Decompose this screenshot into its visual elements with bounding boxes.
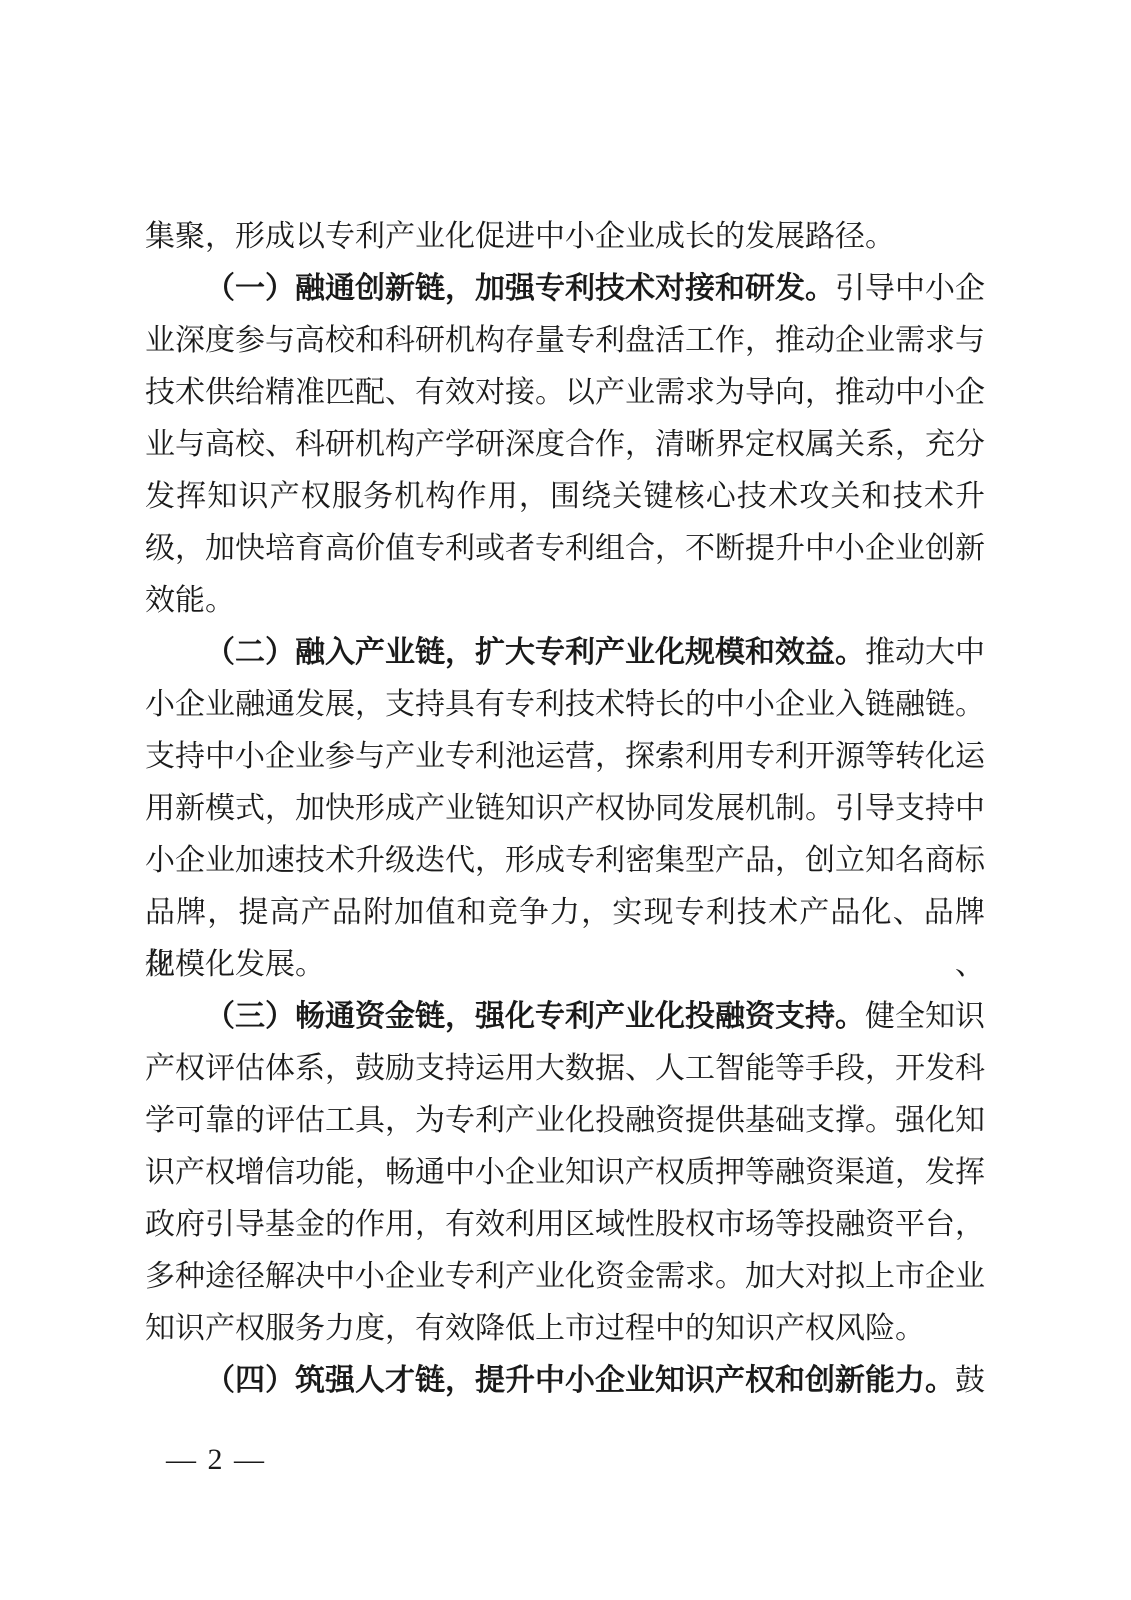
- text-line: 小企业融通发展，支持具有专利技术特长的中小企业入链融链。: [145, 679, 985, 731]
- text-line: 效能。: [145, 575, 985, 627]
- text-line: 业与高校、科研机构产学研深度合作，清晰界定权属关系，充分: [145, 419, 985, 471]
- body-segment: 引导中小企: [835, 272, 985, 305]
- body-segment: 支持中小企业参与产业专利池运营，探索利用专利开源等转化运: [145, 740, 985, 773]
- document-page: 集聚，形成以专利产业化促进中小企业成长的发展路径。（一）融通创新链，加强专利技术…: [0, 0, 1131, 1600]
- body-segment: 规模化发展。: [145, 948, 325, 981]
- body-segment: 用新模式，加快形成产业链知识产权协同发展机制。引导支持中: [145, 792, 985, 825]
- text-line: 多种途径解决中小企业专利产业化资金需求。加大对拟上市企业: [145, 1251, 985, 1303]
- body-segment: 集聚，形成以专利产业化促进中小企业成长的发展路径。: [145, 220, 895, 253]
- text-line: （二）融入产业链，扩大专利产业化规模和效益。推动大中: [145, 627, 985, 679]
- body-segment: 业深度参与高校和科研机构存量专利盘活工作，推动企业需求与: [145, 324, 985, 357]
- text-line: （一）融通创新链，加强专利技术对接和研发。引导中小企: [145, 263, 985, 315]
- body-segment: 发挥知识产权服务机构作用，围绕关键核心技术攻关和技术升: [145, 480, 985, 513]
- body-segment: 小企业融通发展，支持具有专利技术特长的中小企业入链融链。: [145, 688, 985, 721]
- body-segment: 识产权增信功能，畅通中小企业知识产权质押等融资渠道，发挥: [145, 1156, 985, 1189]
- body-segment: 效能。: [145, 584, 235, 617]
- heading-segment: （二）融入产业链，扩大专利产业化规模和效益。: [205, 636, 865, 669]
- text-line: 小企业加速技术升级迭代，形成专利密集型产品，创立知名商标: [145, 835, 985, 887]
- text-line: 识产权增信功能，畅通中小企业知识产权质押等融资渠道，发挥: [145, 1147, 985, 1199]
- body-segment: 技术供给精准匹配、有效对接。以产业需求为导向，推动中小企: [145, 376, 985, 409]
- body-segment: 小企业加速技术升级迭代，形成专利密集型产品，创立知名商标: [145, 844, 985, 877]
- body-segment: 鼓: [955, 1364, 985, 1397]
- text-line: 产权评估体系，鼓励支持运用大数据、人工智能等手段，开发科: [145, 1043, 985, 1095]
- text-line: 发挥知识产权服务机构作用，围绕关键核心技术攻关和技术升: [145, 471, 985, 523]
- body-segment: 学可靠的评估工具，为专利产业化投融资提供基础支撑。强化知: [145, 1104, 985, 1137]
- heading-segment: （三）畅通资金链，强化专利产业化投融资支持。: [205, 1000, 865, 1033]
- text-line: 集聚，形成以专利产业化促进中小企业成长的发展路径。: [145, 211, 985, 263]
- text-line: 技术供给精准匹配、有效对接。以产业需求为导向，推动中小企: [145, 367, 985, 419]
- heading-segment: （四）筑强人才链，提升中小企业知识产权和创新能力。: [205, 1364, 955, 1397]
- body-segment: 健全知识: [865, 1000, 985, 1033]
- text-line: （三）畅通资金链，强化专利产业化投融资支持。健全知识: [145, 991, 985, 1043]
- text-line: 用新模式，加快形成产业链知识产权协同发展机制。引导支持中: [145, 783, 985, 835]
- text-block: 集聚，形成以专利产业化促进中小企业成长的发展路径。（一）融通创新链，加强专利技术…: [145, 211, 985, 1407]
- page-number: — 2 —: [166, 1434, 266, 1486]
- body-segment: 知识产权服务力度，有效降低上市过程中的知识产权风险。: [145, 1312, 925, 1345]
- heading-segment: （一）融通创新链，加强专利技术对接和研发。: [205, 272, 835, 305]
- text-line: 支持中小企业参与产业专利池运营，探索利用专利开源等转化运: [145, 731, 985, 783]
- body-segment: 业与高校、科研机构产学研深度合作，清晰界定权属关系，充分: [145, 428, 985, 461]
- text-line: 品牌，提高产品附加值和竞争力，实现专利技术产品化、品牌化、: [145, 887, 985, 939]
- text-line: （四）筑强人才链，提升中小企业知识产权和创新能力。鼓: [145, 1355, 985, 1407]
- text-line: 业深度参与高校和科研机构存量专利盘活工作，推动企业需求与: [145, 315, 985, 367]
- body-segment: 推动大中: [865, 636, 985, 669]
- body-segment: 产权评估体系，鼓励支持运用大数据、人工智能等手段，开发科: [145, 1052, 985, 1085]
- text-line: 级，加快培育高价值专利或者专利组合，不断提升中小企业创新: [145, 523, 985, 575]
- body-segment: 政府引导基金的作用，有效利用区域性股权市场等投融资平台，: [145, 1208, 985, 1241]
- body-segment: 级，加快培育高价值专利或者专利组合，不断提升中小企业创新: [145, 532, 985, 565]
- text-line: 政府引导基金的作用，有效利用区域性股权市场等投融资平台，: [145, 1199, 985, 1251]
- body-segment: 多种途径解决中小企业专利产业化资金需求。加大对拟上市企业: [145, 1260, 985, 1293]
- text-line: 知识产权服务力度，有效降低上市过程中的知识产权风险。: [145, 1303, 985, 1355]
- text-line: 学可靠的评估工具，为专利产业化投融资提供基础支撑。强化知: [145, 1095, 985, 1147]
